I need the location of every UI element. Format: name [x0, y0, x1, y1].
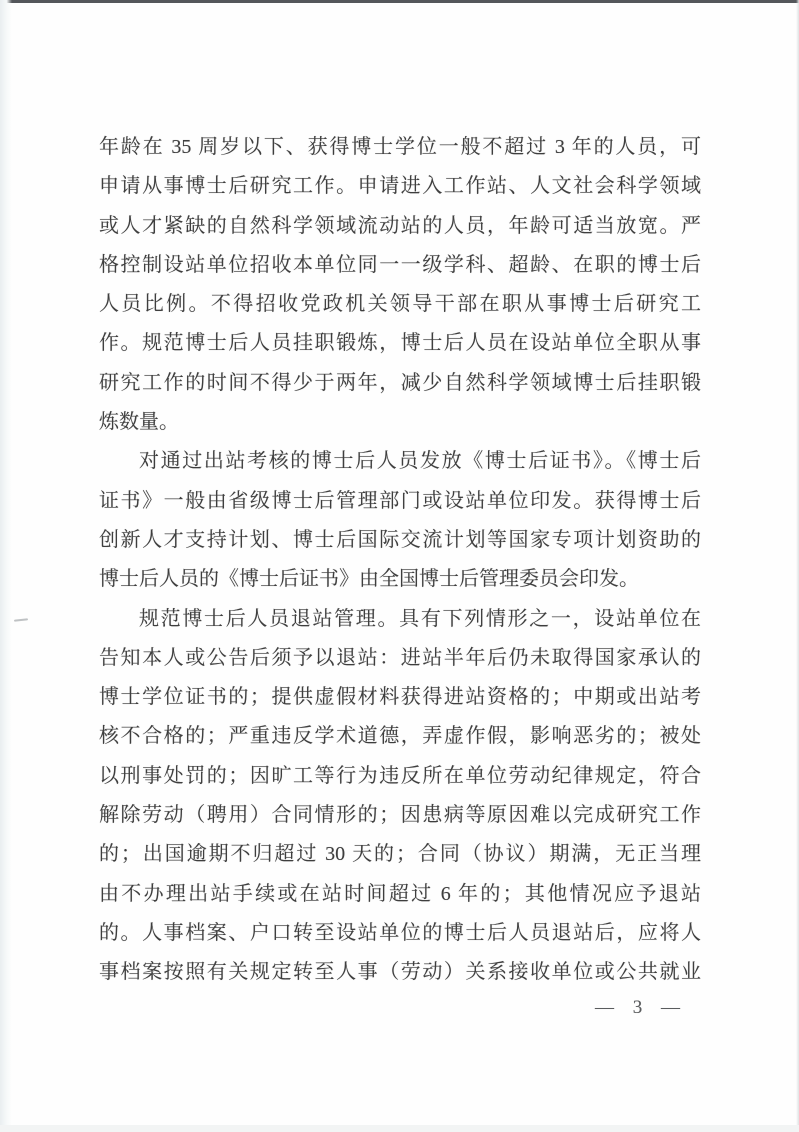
text-line-paragraph-end: 博士后人员的《博士后证书》由全国博士后管理委员会印发。	[99, 560, 701, 599]
scan-edge-bottom	[0, 1125, 799, 1132]
text-line: 证书》一般由省级博士后管理部门或设站单位印发。获得博士后	[99, 482, 701, 521]
text-line: 核不合格的；严重违反学术道德，弄虚作假，影响恶劣的；被处	[99, 717, 701, 756]
page-number: — 3 —	[595, 997, 687, 1019]
scan-edge-left	[0, 0, 12, 1132]
text-line: 博士学位证书的；提供虚假材料获得进站资格的；中期或出站考	[99, 678, 701, 717]
margin-dash-mark	[14, 618, 28, 621]
text-line: 作。规范博士后人员挂职锻炼，博士后人员在设站单位全职从事	[99, 324, 701, 363]
text-line: 告知本人或公告后须予以退站：进站半年后仍未取得国家承认的	[99, 639, 701, 678]
scan-edge-top	[0, 0, 799, 3]
text-line-paragraph-start: 规范博士后人员退站管理。具有下列情形之一，设站单位在	[99, 600, 701, 639]
text-line: 年龄在 35 周岁以下、获得博士学位一般不超过 3 年的人员，可	[99, 128, 701, 167]
text-line: 创新人才支持计划、博士后国际交流计划等国家专项计划资助的	[99, 521, 701, 560]
document-page: 年龄在 35 周岁以下、获得博士学位一般不超过 3 年的人员，可 申请从事博士后…	[0, 0, 799, 1132]
text-line: 的；出国逾期不归超过 30 天的；合同（协议）期满，无正当理	[99, 835, 701, 874]
document-text-body: 年龄在 35 周岁以下、获得博士学位一般不超过 3 年的人员，可 申请从事博士后…	[99, 128, 701, 993]
text-line-paragraph-end: 炼数量。	[99, 403, 701, 442]
text-line: 人员比例。不得招收党政机关领导干部在职从事博士后研究工	[99, 285, 701, 324]
text-line: 申请从事博士后研究工作。申请进入工作站、人文社会科学领域	[99, 167, 701, 206]
text-line: 解除劳动（聘用）合同情形的；因患病等原因难以完成研究工作	[99, 796, 701, 835]
text-line: 或人才紧缺的自然科学领域流动站的人员，年龄可适当放宽。严	[99, 207, 701, 246]
text-line: 事档案按照有关规定转至人事（劳动）关系接收单位或公共就业	[99, 953, 701, 992]
text-line: 以刑事处罚的；因旷工等行为违反所在单位劳动纪律规定，符合	[99, 757, 701, 796]
text-line-paragraph-start: 对通过出站考核的博士后人员发放《博士后证书》。《博士后	[99, 442, 701, 481]
text-line: 研究工作的时间不得少于两年，减少自然科学领域博士后挂职锻	[99, 364, 701, 403]
text-line: 格控制设站单位招收本单位同一一级学科、超龄、在职的博士后	[99, 246, 701, 285]
text-line: 由不办理出站手续或在站时间超过 6 年的；其他情况应予退站	[99, 875, 701, 914]
text-line: 的。人事档案、户口转至设站单位的博士后人员退站后，应将人	[99, 914, 701, 953]
